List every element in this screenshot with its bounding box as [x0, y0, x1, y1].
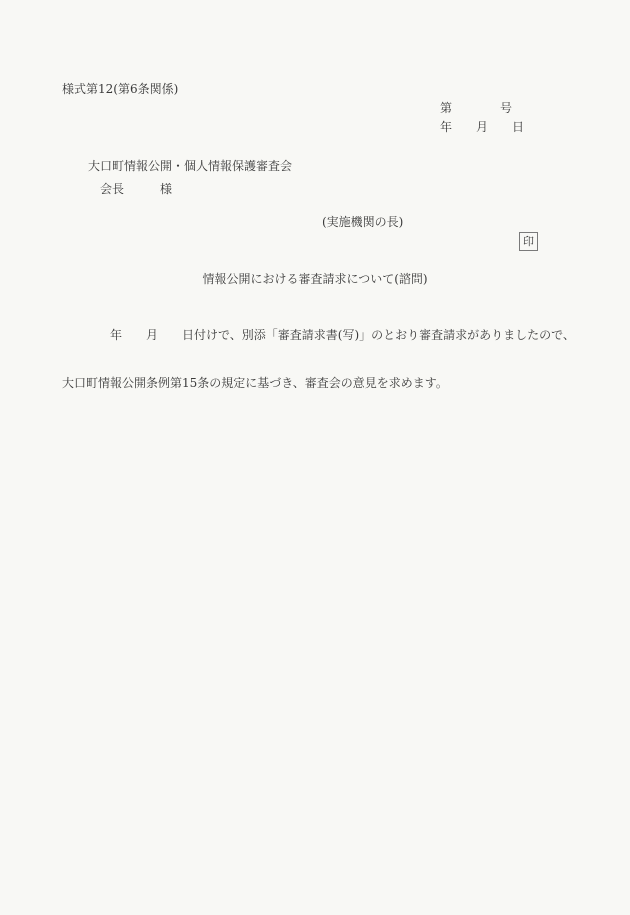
addressee-organization: 大口町情報公開・個人情報保護審査会 — [88, 159, 292, 173]
body-line-2: 大口町情報公開条例第15条の規定に基づき、審査会の意見を求めます。 — [62, 374, 582, 394]
seal-stamp-box: 印 — [519, 232, 538, 251]
document-number-blank-line: 第 号 — [440, 101, 512, 115]
body-line-1: 年 月 日付けで、別添「審査請求書(写)」のとおり審査請求がありましたので、 — [62, 326, 582, 346]
document-page: 様式第12(第6条関係) 第 号 年 月 日 大口町情報公開・個人情報保護審査会… — [0, 0, 630, 915]
document-title: 情報公開における審査請求について(諮問) — [0, 272, 630, 286]
form-number: 様式第12(第6条関係) — [62, 82, 178, 96]
date-blank-line: 年 月 日 — [440, 120, 524, 134]
body-paragraph: 年 月 日付けで、別添「審査請求書(写)」のとおり審査請求がありましたので、 大… — [62, 297, 582, 422]
addressee-chairperson: 会長 様 — [100, 182, 172, 196]
sender-role: (実施機関の長) — [322, 215, 403, 229]
